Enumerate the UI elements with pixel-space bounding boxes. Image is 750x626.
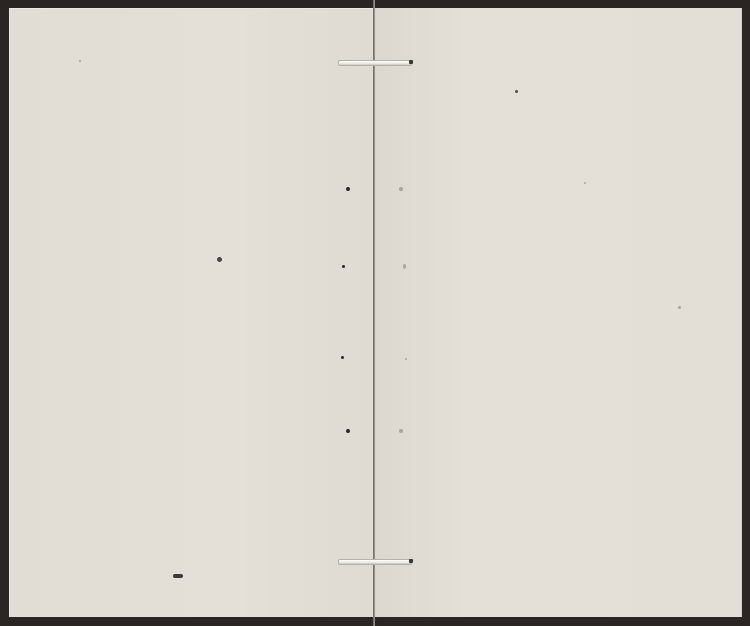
left-page [9, 8, 374, 617]
paper-speck [678, 306, 681, 309]
hole-mark [346, 187, 350, 191]
hole-mark [399, 429, 403, 433]
hole-mark [403, 264, 406, 269]
hole-mark [346, 429, 350, 433]
hole-mark [399, 187, 403, 191]
paper-speck [79, 60, 81, 62]
hole-mark [405, 358, 407, 360]
paper-speck [584, 182, 586, 184]
right-page [375, 8, 742, 617]
hole-mark [341, 356, 344, 359]
bottom-staple [338, 559, 412, 565]
background-top [0, 0, 750, 8]
paper-speck [515, 90, 518, 93]
paper-speck [217, 257, 222, 262]
spine-fold [373, 0, 375, 626]
paper-speck [173, 574, 183, 578]
booklet-spread [9, 8, 742, 617]
top-staple [338, 60, 412, 66]
hole-mark [342, 265, 345, 268]
